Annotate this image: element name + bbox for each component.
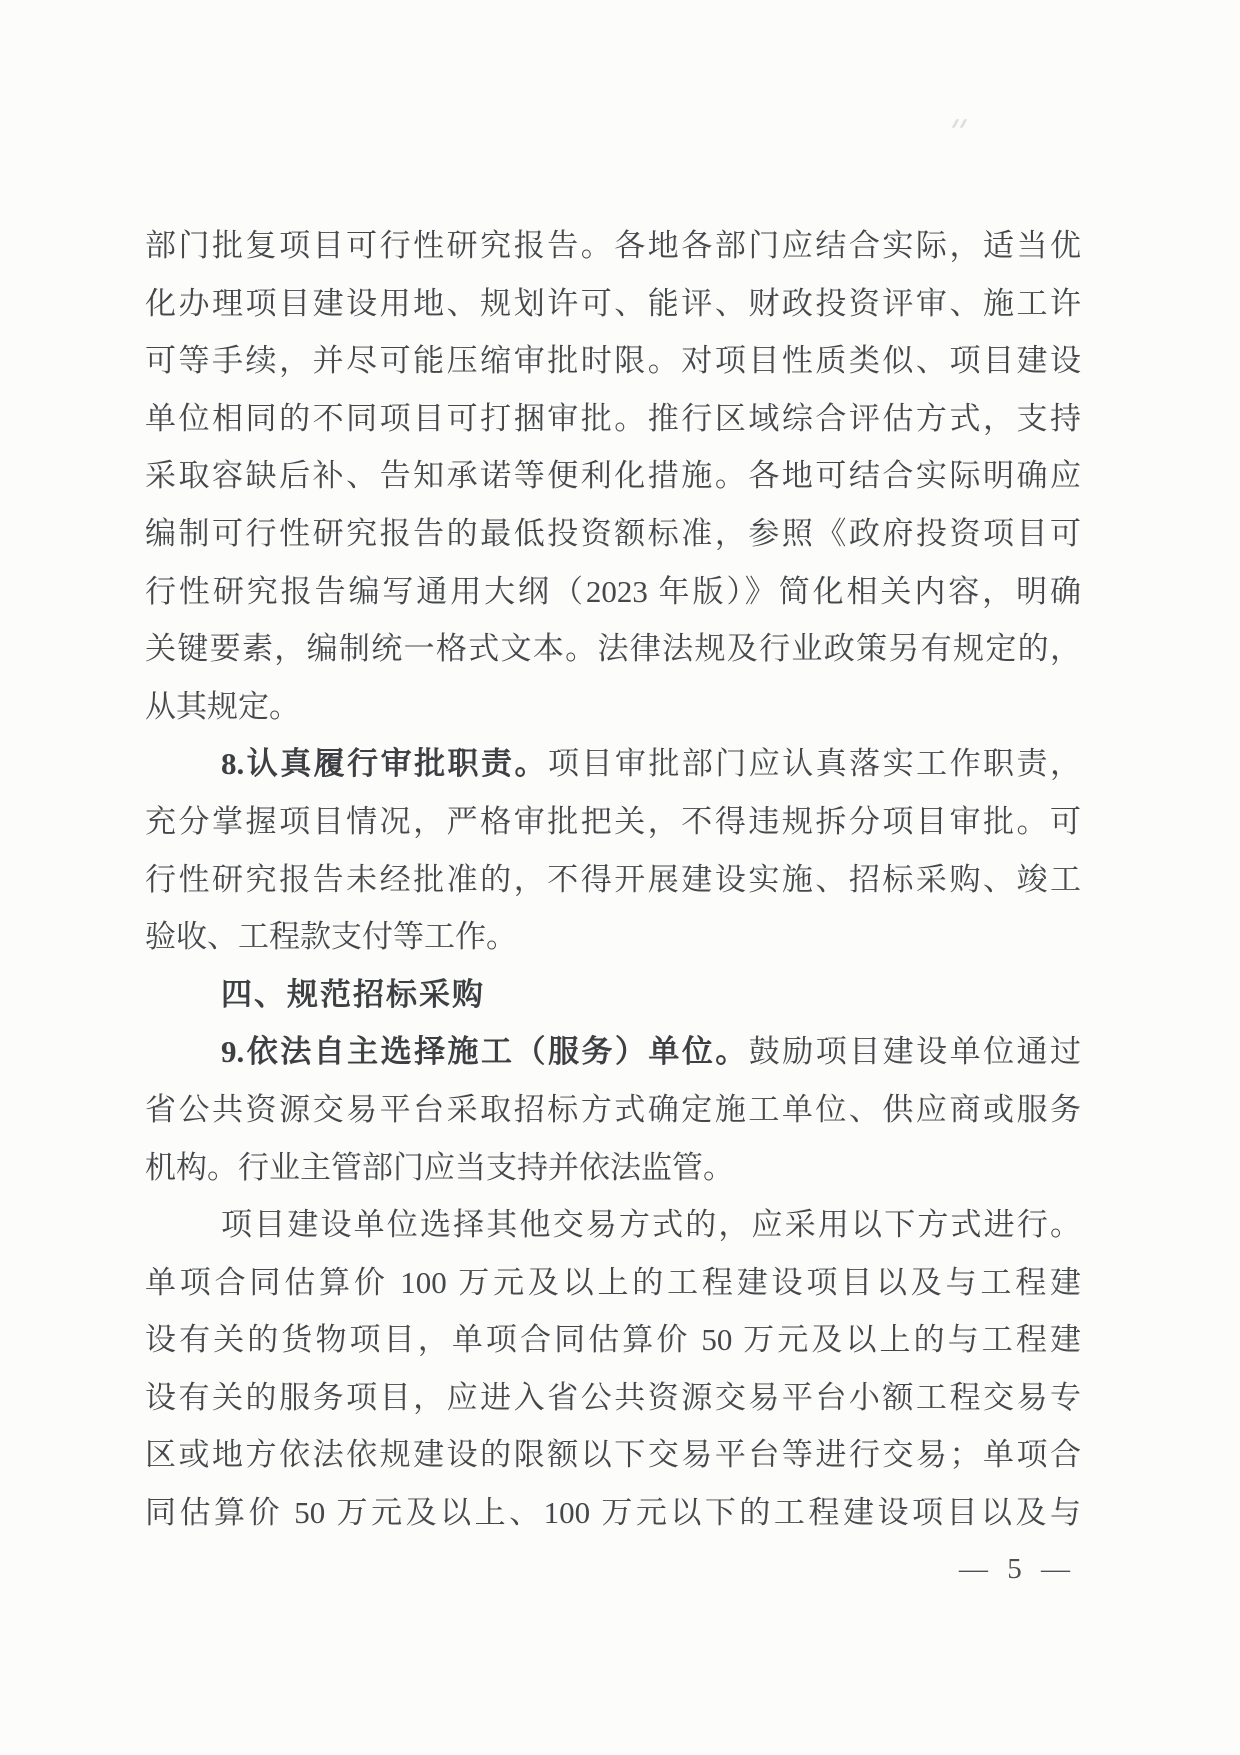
text-line: 行性研究报告编写通用大纲（2023 年版）》简化相关内容，明确 xyxy=(145,563,1081,621)
text-line: 8.认真履行审批职责。项目审批部门应认真落实工作职责， xyxy=(145,735,1081,793)
document-body: 部门批复项目可行性研究报告。各地各部门应结合实际，适当优化办理项目建设用地、规划… xyxy=(145,217,1081,1542)
body-text: 验收、工程款支付等工作。 xyxy=(145,919,517,954)
scan-smudge-mark xyxy=(952,118,970,130)
body-text: 项目审批部门应认真落实工作职责， xyxy=(548,746,1081,781)
body-text: 采取容缺后补、告知承诺等便利化措施。各地可结合实际明确应 xyxy=(145,458,1081,493)
text-line: 同估算价 50 万元及以上、100 万元以下的工程建设项目以及与 xyxy=(145,1484,1081,1542)
text-line: 设有关的货物项目，单项合同估算价 50 万元及以上的与工程建 xyxy=(145,1311,1081,1369)
document-page: 部门批复项目可行性研究报告。各地各部门应结合实际，适当优化办理项目建设用地、规划… xyxy=(0,0,1240,1755)
bold-lead-text: 四、规范招标采购 xyxy=(221,977,485,1012)
body-text: 充分掌握项目情况，严格审批把关，不得违规拆分项目审批。可 xyxy=(145,804,1081,839)
body-text: 化办理项目建设用地、规划许可、能评、财政投资评审、施工许 xyxy=(145,286,1081,321)
body-text: 同估算价 50 万元及以上、100 万元以下的工程建设项目以及与 xyxy=(145,1495,1081,1530)
text-line: 单位相同的不同项目可打捆审批。推行区域综合评估方式，支持 xyxy=(145,390,1081,448)
body-text: 部门批复项目可行性研究报告。各地各部门应结合实际，适当优 xyxy=(145,228,1081,263)
text-line: 关键要素，编制统一格式文本。法律法规及行业政策另有规定的， xyxy=(145,620,1081,678)
body-text: 设有关的服务项目，应进入省公共资源交易平台小额工程交易专 xyxy=(145,1380,1081,1415)
body-text: 省公共资源交易平台采取招标方式确定施工单位、供应商或服务 xyxy=(145,1092,1081,1127)
body-text: 行性研究报告编写通用大纲（2023 年版）》简化相关内容，明确 xyxy=(145,574,1081,609)
bold-lead-text: 9.依法自主选择施工（服务）单位。 xyxy=(221,1034,749,1069)
body-text: 项目建设单位选择其他交易方式的，应采用以下方式进行。 xyxy=(221,1207,1081,1242)
body-text: 可等手续，并尽可能压缩审批时限。对项目性质类似、项目建设 xyxy=(145,343,1081,378)
body-text: 设有关的货物项目，单项合同估算价 50 万元及以上的与工程建 xyxy=(145,1322,1081,1357)
body-text: 单位相同的不同项目可打捆审批。推行区域综合评估方式，支持 xyxy=(145,401,1081,436)
text-line: 省公共资源交易平台采取招标方式确定施工单位、供应商或服务 xyxy=(145,1081,1081,1139)
body-text: 行性研究报告未经批准的，不得开展建设实施、招标采购、竣工 xyxy=(145,862,1081,897)
text-line: 可等手续，并尽可能压缩审批时限。对项目性质类似、项目建设 xyxy=(145,332,1081,390)
body-text: 单项合同估算价 100 万元及以上的工程建设项目以及与工程建 xyxy=(145,1265,1081,1300)
text-line: 部门批复项目可行性研究报告。各地各部门应结合实际，适当优 xyxy=(145,217,1081,275)
body-text: 编制可行性研究报告的最低投资额标准，参照《政府投资项目可 xyxy=(145,516,1081,551)
body-text: 机构。行业主管部门应当支持并依法监管。 xyxy=(145,1150,734,1185)
text-line: 验收、工程款支付等工作。 xyxy=(145,908,1081,966)
body-text: 鼓励项目建设单位通过 xyxy=(749,1034,1081,1069)
bold-lead-text: 8.认真履行审批职责。 xyxy=(221,746,548,781)
page-number: — 5 — xyxy=(940,1553,1090,1586)
text-line: 区或地方依法依规建设的限额以下交易平台等进行交易；单项合 xyxy=(145,1426,1081,1484)
text-line: 机构。行业主管部门应当支持并依法监管。 xyxy=(145,1139,1081,1197)
text-line: 化办理项目建设用地、规划许可、能评、财政投资评审、施工许 xyxy=(145,275,1081,333)
body-text: 区或地方依法依规建设的限额以下交易平台等进行交易；单项合 xyxy=(145,1437,1081,1472)
text-line: 设有关的服务项目，应进入省公共资源交易平台小额工程交易专 xyxy=(145,1369,1081,1427)
text-line: 项目建设单位选择其他交易方式的，应采用以下方式进行。 xyxy=(145,1196,1081,1254)
text-line: 从其规定。 xyxy=(145,678,1081,736)
text-line: 行性研究报告未经批准的，不得开展建设实施、招标采购、竣工 xyxy=(145,851,1081,909)
text-line: 编制可行性研究报告的最低投资额标准，参照《政府投资项目可 xyxy=(145,505,1081,563)
text-line: 9.依法自主选择施工（服务）单位。鼓励项目建设单位通过 xyxy=(145,1023,1081,1081)
text-line: 充分掌握项目情况，严格审批把关，不得违规拆分项目审批。可 xyxy=(145,793,1081,851)
section-heading: 四、规范招标采购 xyxy=(145,966,1081,1024)
body-text: 从其规定。 xyxy=(145,689,300,724)
body-text: 关键要素，编制统一格式文本。法律法规及行业政策另有规定的， xyxy=(145,631,1081,666)
text-line: 采取容缺后补、告知承诺等便利化措施。各地可结合实际明确应 xyxy=(145,447,1081,505)
text-line: 单项合同估算价 100 万元及以上的工程建设项目以及与工程建 xyxy=(145,1254,1081,1312)
